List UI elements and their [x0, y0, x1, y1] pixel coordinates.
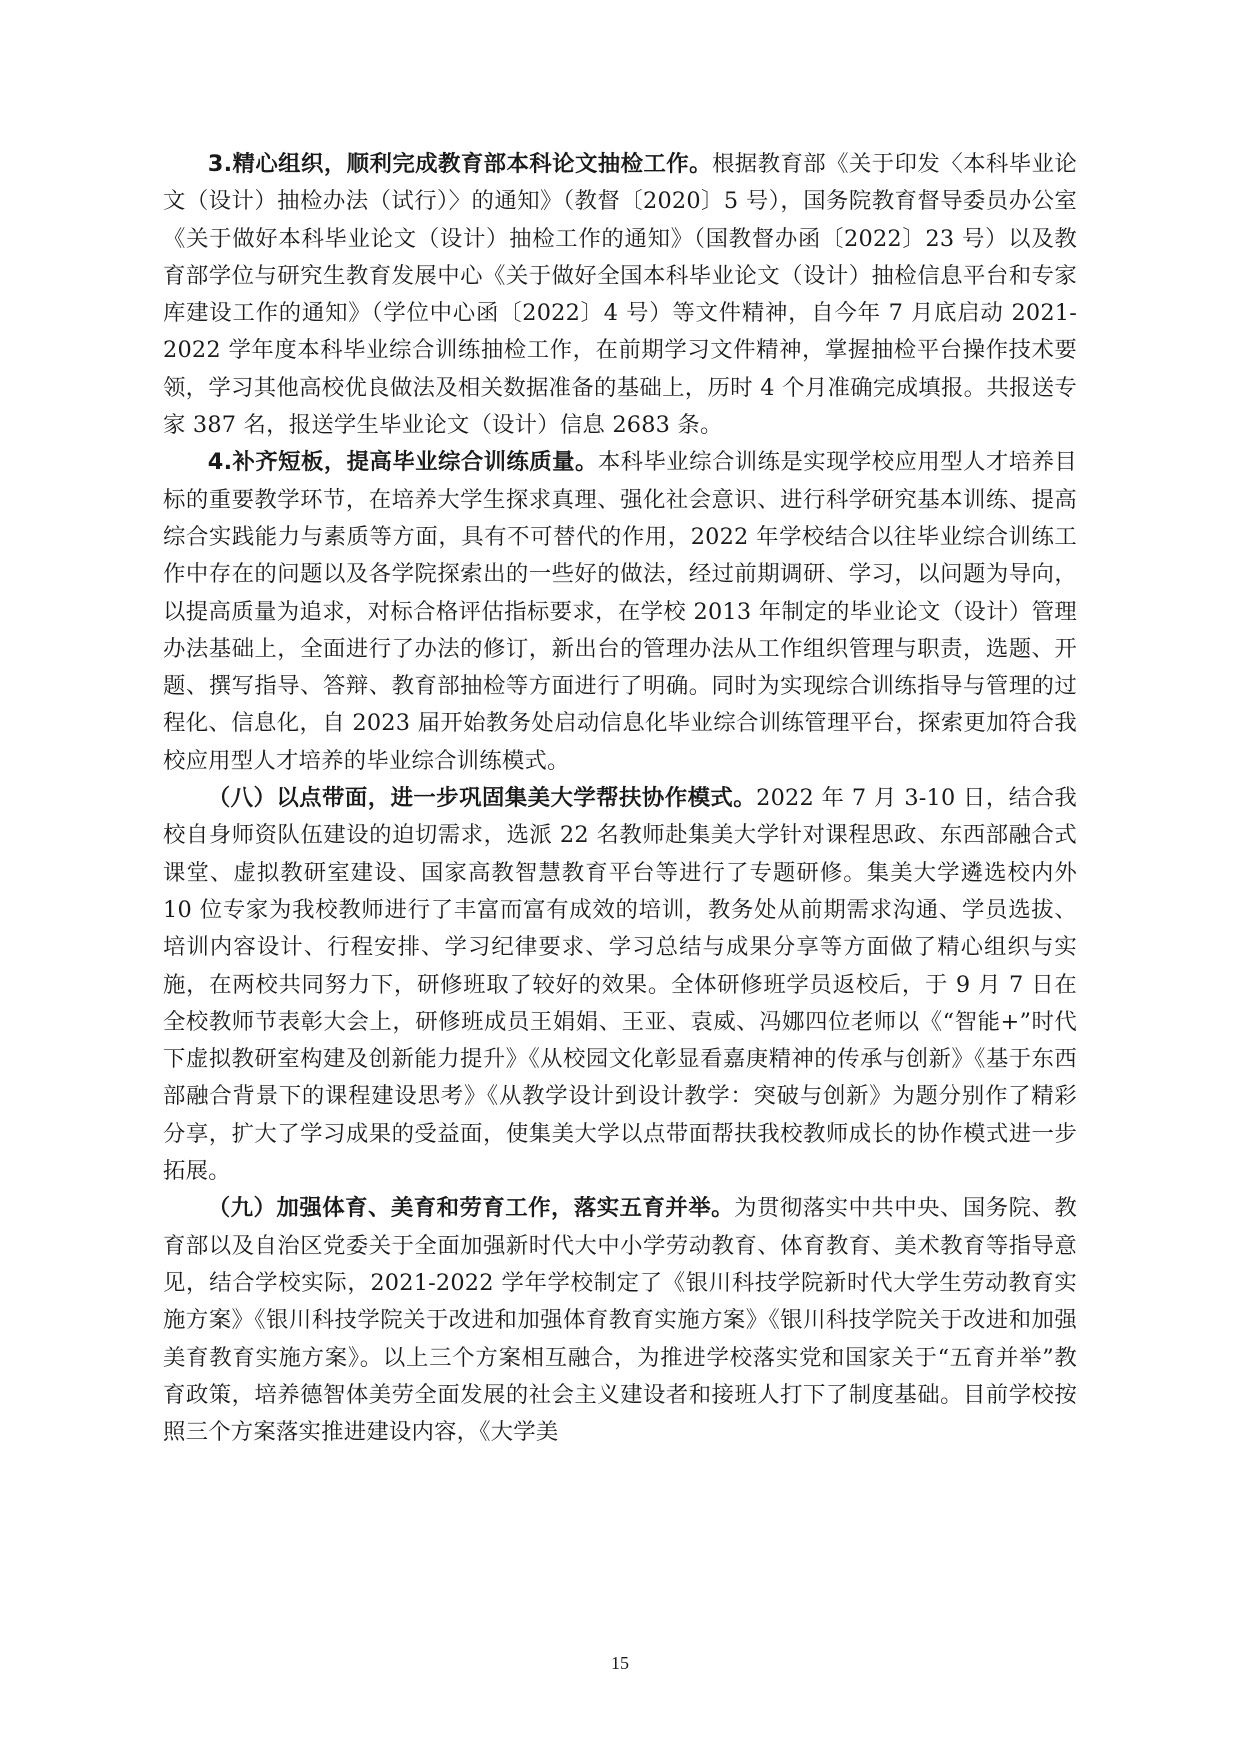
paragraph-lead: （八）以点带面，进一步巩固集美大学帮扶协作模式。 — [208, 785, 756, 811]
paragraph-lead: （九）加强体育、美育和劳育工作，落实五育并举。 — [208, 1195, 734, 1221]
paragraph-body: 2022 年 7 月 3-10 日，结合我校自身师资队伍建设的迫切需求，选派 2… — [163, 785, 1077, 1184]
paragraph-body: 为贯彻落实中共中央、国务院、教育部以及自治区党委关于全面加强新时代大中小学劳动教… — [163, 1195, 1077, 1445]
paragraph-jimei-cooperation: （八）以点带面，进一步巩固集美大学帮扶协作模式。2022 年 7 月 3-10 … — [163, 780, 1077, 1190]
paragraph-lead: 4.补齐短板，提高毕业综合训练质量。 — [208, 449, 598, 475]
paragraph-graduation-training: 4.补齐短板，提高毕业综合训练质量。本科毕业综合训练是实现学校应用型人才培养目标… — [163, 444, 1077, 780]
document-page: 3.精心组织，顺利完成教育部本科论文抽检工作。根据教育部《关于印发〈本科毕业论文… — [163, 146, 1077, 1451]
paragraph-body: 根据教育部《关于印发〈本科毕业论文（设计）抽检办法（试行）〉的通知》（教督〔20… — [163, 151, 1077, 438]
paragraph-body: 本科毕业综合训练是实现学校应用型人才培养目标的重要教学环节，在培养大学生探求真理… — [163, 449, 1077, 773]
paragraph-thesis-spot-check: 3.精心组织，顺利完成教育部本科论文抽检工作。根据教育部《关于印发〈本科毕业论文… — [163, 146, 1077, 444]
page-number: 15 — [0, 1653, 1240, 1674]
paragraph-lead: 3.精心组织，顺利完成教育部本科论文抽检工作。 — [208, 151, 712, 177]
paragraph-five-education: （九）加强体育、美育和劳育工作，落实五育并举。为贯彻落实中共中央、国务院、教育部… — [163, 1190, 1077, 1451]
